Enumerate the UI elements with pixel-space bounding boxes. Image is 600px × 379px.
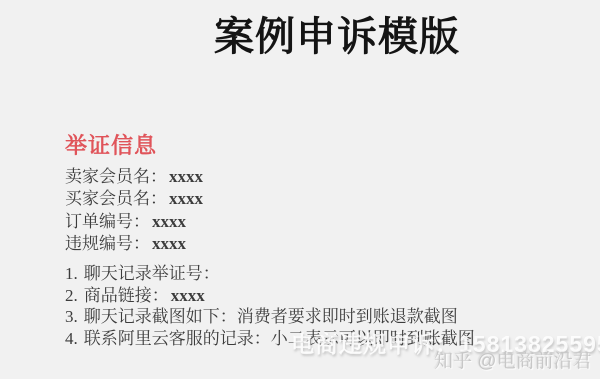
item-value: xxxx — [169, 286, 205, 305]
field-buyer-member-name: 买家会员名：xxxx — [65, 188, 203, 210]
field-label: 买家会员名： — [65, 189, 167, 208]
field-label: 卖家会员名： — [65, 167, 167, 186]
list-item-chat-evidence-number: 1.聊天记录举证号： — [65, 263, 477, 285]
field-value: xxxx — [150, 234, 186, 253]
item-label: 聊天记录举证号： — [84, 264, 220, 283]
item-number: 4. — [65, 329, 84, 348]
field-label: 违规编号： — [65, 234, 150, 253]
item-label: 聊天记录截图如下：消费者要求即时到账退款截图 — [84, 307, 458, 326]
item-number: 1. — [65, 264, 84, 283]
list-item-product-link: 2.商品链接：xxxx — [65, 285, 477, 307]
evidence-fields: 卖家会员名：xxxx 买家会员名：xxxx 订单编号：xxxx 违规编号：xxx… — [65, 166, 203, 255]
field-violation-number: 违规编号：xxxx — [65, 233, 203, 255]
evidence-section-heading: 举证信息 — [65, 129, 157, 160]
item-number: 3. — [65, 307, 84, 326]
appeal-template-page: { "page": { "title": "案例申诉模版" }, "eviden… — [0, 0, 600, 379]
watermark-zhihu: 知乎 @电商前沿君 — [434, 346, 592, 373]
field-order-number: 订单编号：xxxx — [65, 211, 203, 233]
field-value: xxxx — [167, 189, 203, 208]
item-number: 2. — [65, 286, 84, 305]
item-value — [220, 264, 222, 283]
list-item-chat-screenshot: 3.聊天记录截图如下：消费者要求即时到账退款截图 — [65, 306, 477, 328]
page-title-text: 案例申诉模版 — [214, 15, 460, 59]
item-value — [458, 307, 460, 326]
field-value: xxxx — [150, 212, 186, 231]
field-value: xxxx — [167, 167, 203, 186]
page-title: 案例申诉模版 — [0, 14, 600, 60]
item-label: 商品链接： — [84, 286, 169, 305]
field-label: 订单编号： — [65, 212, 150, 231]
field-seller-member-name: 卖家会员名：xxxx — [65, 166, 203, 188]
